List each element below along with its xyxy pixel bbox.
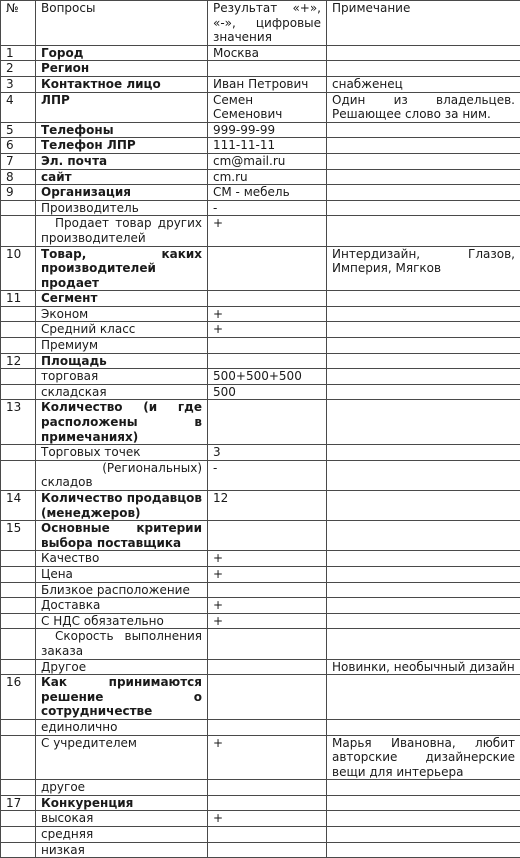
question-cell: Количество продавцов (менеджеров): [36, 491, 208, 521]
note-cell: [327, 338, 520, 354]
row-number: [1, 460, 36, 490]
row-number: [1, 322, 36, 338]
table-row: Производитель-: [1, 200, 520, 216]
note-cell: [327, 521, 520, 551]
question-cell: Производитель: [36, 200, 208, 216]
note-cell: [327, 185, 520, 201]
result-cell: -: [208, 460, 327, 490]
row-number: [1, 613, 36, 629]
result-cell: Москва: [208, 45, 327, 61]
note-cell: [327, 153, 520, 169]
question-cell: торговая: [36, 369, 208, 385]
note-cell: [327, 369, 520, 385]
row-number: 13: [1, 400, 36, 445]
row-number: 12: [1, 353, 36, 369]
result-cell: 111-11-11: [208, 138, 327, 154]
table-row: 2Регион: [1, 61, 520, 77]
question-cell: Контактное лицо: [36, 76, 208, 92]
table-row: 3Контактное лицоИван Петровичснабженец: [1, 76, 520, 92]
table-row: 4ЛПРСемен СеменовичОдин из владельцев. Р…: [1, 92, 520, 122]
table-row: 17Конкуренция: [1, 795, 520, 811]
row-number: [1, 629, 36, 659]
result-cell: 500+500+500: [208, 369, 327, 385]
table-row: 7Эл. почтаcm@mail.ru: [1, 153, 520, 169]
question-cell: Эл. почта: [36, 153, 208, 169]
note-cell: [327, 322, 520, 338]
question-cell: сайт: [36, 169, 208, 185]
table-row: 6Телефон ЛПР111-11-11: [1, 138, 520, 154]
table-row: 5Телефоны999-99-99: [1, 122, 520, 138]
table-row: 12Площадь: [1, 353, 520, 369]
row-number: [1, 384, 36, 400]
note-cell: [327, 566, 520, 582]
table-row: торговая500+500+500: [1, 369, 520, 385]
result-cell: +: [208, 306, 327, 322]
result-cell: [208, 338, 327, 354]
question-cell: складская: [36, 384, 208, 400]
question-cell: низкая: [36, 842, 208, 847]
table-row: Средний класс+: [1, 322, 520, 338]
result-cell: [208, 353, 327, 369]
table-row: Премиум: [1, 338, 520, 354]
result-cell: +: [208, 735, 327, 780]
result-cell: [208, 659, 327, 675]
note-cell: [327, 675, 520, 720]
table-row: Продает товар других производителей+: [1, 216, 520, 246]
note-cell: [327, 291, 520, 307]
row-number: 6: [1, 138, 36, 154]
table-row: 13Количество (и где расположены в примеч…: [1, 400, 520, 445]
note-cell: [327, 827, 520, 843]
result-cell: +: [208, 322, 327, 338]
table-row: С учредителем+Марья Ивановна, любит авто…: [1, 735, 520, 780]
result-cell: [208, 629, 327, 659]
note-cell: [327, 353, 520, 369]
question-cell: Другое: [36, 659, 208, 675]
question-cell: Конкуренция: [36, 795, 208, 811]
result-cell: [208, 582, 327, 598]
row-number: 9: [1, 185, 36, 201]
note-cell: [327, 445, 520, 461]
row-number: 11: [1, 291, 36, 307]
note-cell: [327, 582, 520, 598]
question-cell: другое: [36, 780, 208, 796]
question-cell: С учредителем: [36, 735, 208, 780]
question-cell: средняя: [36, 827, 208, 843]
table-row: Торговых точек3: [1, 445, 520, 461]
row-number: 1: [1, 45, 36, 61]
row-number: 3: [1, 76, 36, 92]
result-cell: 3: [208, 445, 327, 461]
header-question: Вопросы: [36, 1, 208, 46]
question-cell: Эконом: [36, 306, 208, 322]
note-cell: [327, 306, 520, 322]
note-cell: [327, 811, 520, 827]
result-cell: Иван Петрович: [208, 76, 327, 92]
note-cell: [327, 122, 520, 138]
row-number: 15: [1, 521, 36, 551]
row-number: [1, 719, 36, 735]
row-number: [1, 306, 36, 322]
table-row: С НДС обязательно+: [1, 613, 520, 629]
result-cell: [208, 719, 327, 735]
note-cell: [327, 795, 520, 811]
note-cell: [327, 384, 520, 400]
question-cell: Продает товар других производителей: [36, 216, 208, 246]
result-cell: +: [208, 566, 327, 582]
result-cell: -: [208, 200, 327, 216]
result-cell: +: [208, 551, 327, 567]
question-cell: Скорость выполнения заказа: [36, 629, 208, 659]
table-row: 8сайтcm.ru: [1, 169, 520, 185]
row-number: [1, 827, 36, 843]
note-cell: Марья Ивановна, любит авторские дизайнер…: [327, 735, 520, 780]
row-number: 2: [1, 61, 36, 77]
question-cell: Премиум: [36, 338, 208, 354]
note-cell: [327, 138, 520, 154]
header-num: №: [1, 1, 36, 46]
table-row: средняя: [1, 827, 520, 843]
row-number: [1, 369, 36, 385]
table-row: Качество+: [1, 551, 520, 567]
question-cell: Организация: [36, 185, 208, 201]
table-row: Доставка+: [1, 598, 520, 614]
result-cell: [208, 521, 327, 551]
result-cell: 999-99-99: [208, 122, 327, 138]
note-cell: [327, 61, 520, 77]
note-cell: [327, 780, 520, 796]
table-row: высокая+: [1, 811, 520, 827]
row-number: 7: [1, 153, 36, 169]
result-cell: +: [208, 811, 327, 827]
question-cell: Близкое расположение: [36, 582, 208, 598]
result-cell: +: [208, 216, 327, 246]
note-cell: [327, 629, 520, 659]
note-cell: [327, 216, 520, 246]
note-cell: [327, 169, 520, 185]
note-cell: Интердизайн, Глазов, Империя, Мягков: [327, 246, 520, 291]
question-cell: Доставка: [36, 598, 208, 614]
table-row: складская500: [1, 384, 520, 400]
result-cell: [208, 400, 327, 445]
table-row: другое: [1, 780, 520, 796]
result-cell: [208, 291, 327, 307]
row-number: [1, 598, 36, 614]
row-number: [1, 659, 36, 675]
result-cell: cm.ru: [208, 169, 327, 185]
table-row: 14Количество продавцов (менеджеров)12: [1, 491, 520, 521]
result-cell: [208, 827, 327, 843]
table-row: ДругоеНовинки, необычный дизайн: [1, 659, 520, 675]
result-cell: СМ - мебель: [208, 185, 327, 201]
result-cell: [208, 842, 327, 847]
question-cell: Цена: [36, 566, 208, 582]
result-cell: 12: [208, 491, 327, 521]
result-cell: cm@mail.ru: [208, 153, 327, 169]
question-cell: Город: [36, 45, 208, 61]
note-cell: [327, 551, 520, 567]
result-cell: +: [208, 613, 327, 629]
result-cell: [208, 795, 327, 811]
result-cell: 500: [208, 384, 327, 400]
result-cell: Семен Семенович: [208, 92, 327, 122]
note-cell: [327, 842, 520, 847]
row-number: [1, 780, 36, 796]
table-row: единолично: [1, 719, 520, 735]
row-number: [1, 735, 36, 780]
question-cell: Количество (и где расположены в примечан…: [36, 400, 208, 445]
question-line: складов: [41, 475, 93, 489]
row-number: 16: [1, 675, 36, 720]
note-cell: [327, 460, 520, 490]
table-row: (Региональных)складов-: [1, 460, 520, 490]
result-cell: +: [208, 598, 327, 614]
note-cell: [327, 598, 520, 614]
result-cell: [208, 61, 327, 77]
note-cell: [327, 200, 520, 216]
table-row: низкая: [1, 842, 520, 847]
table-row: Близкое расположение: [1, 582, 520, 598]
row-number: [1, 338, 36, 354]
question-cell: Товар, каких производителей продает: [36, 246, 208, 291]
question-cell: Сегмент: [36, 291, 208, 307]
row-number: [1, 445, 36, 461]
row-number: 10: [1, 246, 36, 291]
question-cell: Качество: [36, 551, 208, 567]
table-row: 9ОрганизацияСМ - мебель: [1, 185, 520, 201]
row-number: [1, 216, 36, 246]
note-cell: снабженец: [327, 76, 520, 92]
row-number: [1, 811, 36, 827]
header-row: № Вопросы Результат «+», «-», цифровые з…: [1, 1, 520, 46]
question-cell: ЛПР: [36, 92, 208, 122]
question-cell: единолично: [36, 719, 208, 735]
row-number: [1, 200, 36, 216]
row-number: [1, 582, 36, 598]
question-cell: (Региональных)складов: [36, 460, 208, 490]
question-cell: Средний класс: [36, 322, 208, 338]
row-number: 5: [1, 122, 36, 138]
question-cell: Регион: [36, 61, 208, 77]
row-number: [1, 551, 36, 567]
note-cell: [327, 613, 520, 629]
row-number: [1, 842, 36, 847]
survey-table: № Вопросы Результат «+», «-», цифровые з…: [0, 0, 520, 847]
row-number: [1, 566, 36, 582]
row-number: 4: [1, 92, 36, 122]
header-result: Результат «+», «-», цифровые значения: [208, 1, 327, 46]
row-number: 8: [1, 169, 36, 185]
question-cell: высокая: [36, 811, 208, 827]
question-cell: Торговых точек: [36, 445, 208, 461]
question-cell: Площадь: [36, 353, 208, 369]
question-cell: Как принимаются решение о сотрудничестве: [36, 675, 208, 720]
question-cell: Телефон ЛПР: [36, 138, 208, 154]
table-row: 11Сегмент: [1, 291, 520, 307]
table-row: Цена+: [1, 566, 520, 582]
note-cell: [327, 719, 520, 735]
question-cell: С НДС обязательно: [36, 613, 208, 629]
note-cell: [327, 45, 520, 61]
table-row: 10Товар, каких производителей продаетИнт…: [1, 246, 520, 291]
table-row: 16Как принимаются решение о сотрудничест…: [1, 675, 520, 720]
table-row: Эконом+: [1, 306, 520, 322]
question-cell: Основные критерии выбора поставщика: [36, 521, 208, 551]
table-row: 15Основные критерии выбора поставщика: [1, 521, 520, 551]
note-cell: [327, 400, 520, 445]
result-cell: [208, 780, 327, 796]
row-number: 17: [1, 795, 36, 811]
question-line: (Региональных): [41, 461, 202, 476]
table-row: Скорость выполнения заказа: [1, 629, 520, 659]
question-cell: Телефоны: [36, 122, 208, 138]
result-cell: [208, 675, 327, 720]
note-cell: [327, 491, 520, 521]
row-number: 14: [1, 491, 36, 521]
note-cell: Новинки, необычный дизайн: [327, 659, 520, 675]
note-cell: Один из владельцев. Решающее слово за ни…: [327, 92, 520, 122]
header-note: Примечание: [327, 1, 520, 46]
result-cell: [208, 246, 327, 291]
table-row: 1ГородМосква: [1, 45, 520, 61]
